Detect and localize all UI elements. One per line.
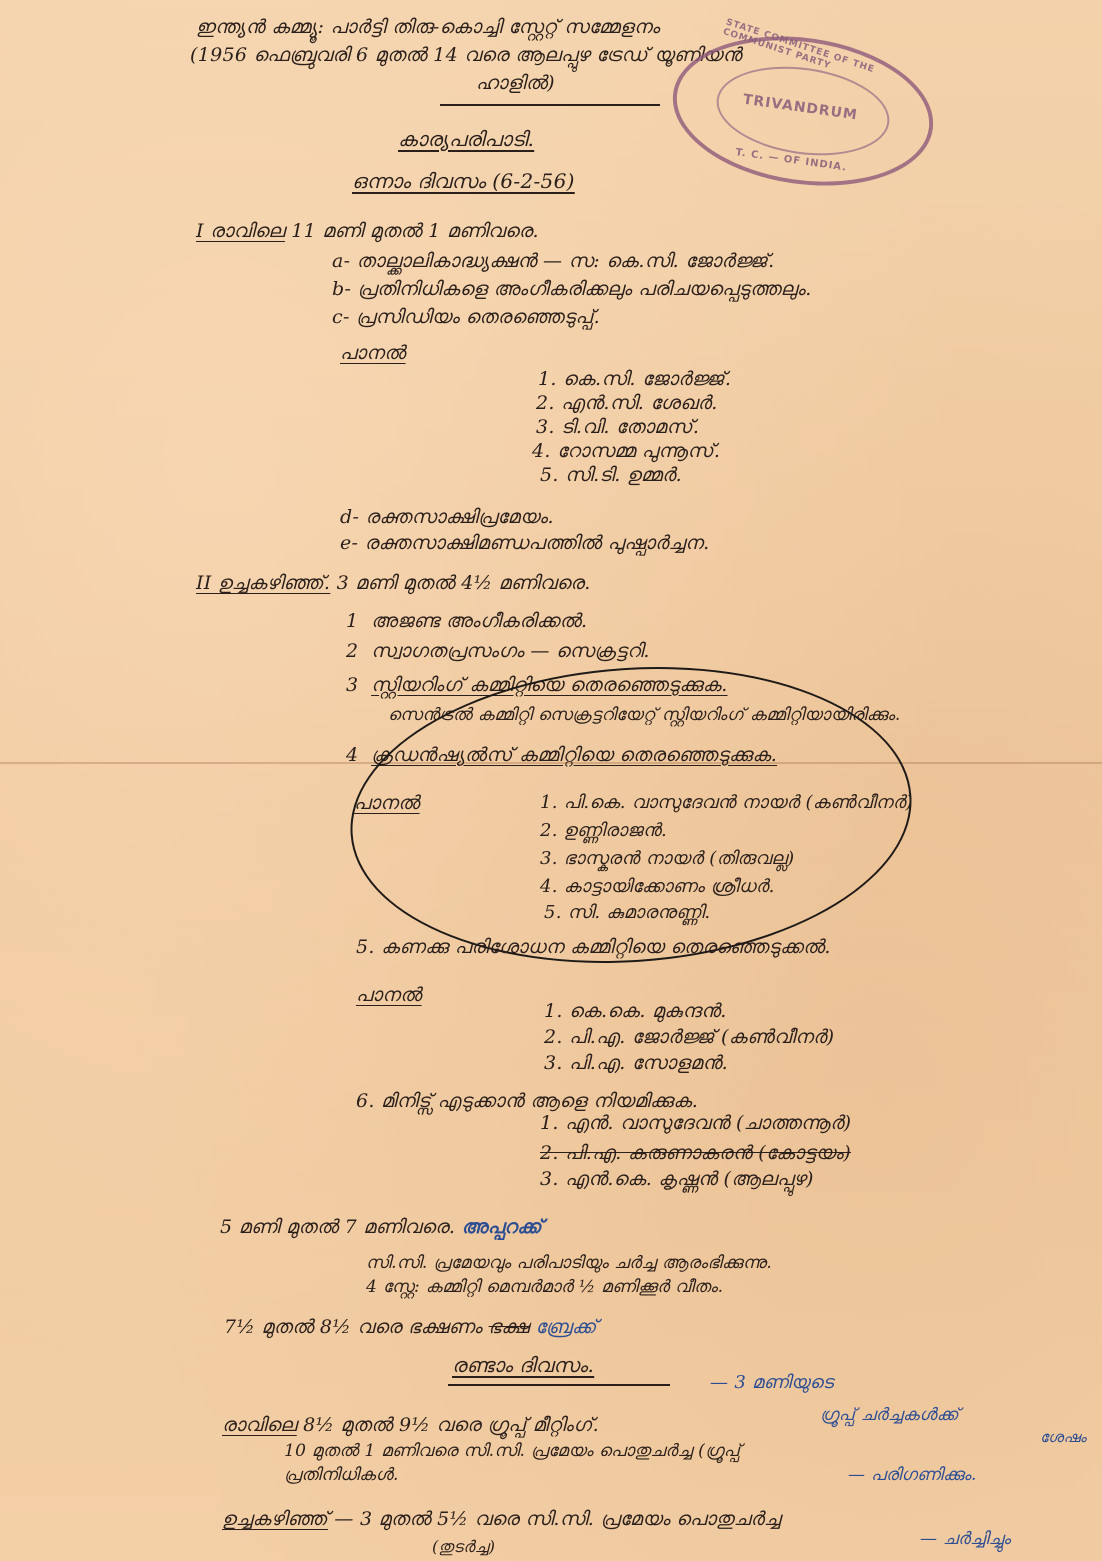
audit-panel-member: 2. പി.എ. ജോർജ്ജ് (കൺവീനർ) — [544, 1026, 834, 1048]
session2-panel-member: 5. സി. കുമാരനുണ്ണി. — [544, 902, 710, 924]
session2-item: 2 സ്വാഗതപ്രസംഗം — സെക്രട്ടറി. — [346, 640, 650, 662]
day2-morning-line: 10 മുതൽ 1 മണിവരെ സി.സി. പ്രമേയം പൊതുചർച്… — [284, 1440, 740, 1462]
dinner-struck-word: ഭക്ഷ — [489, 1316, 530, 1338]
audit-panel-member: 3. പി.എ. സോളമൻ. — [544, 1052, 728, 1074]
session2-item: 1 അജണ്ട അംഗീകരിക്കൽ. — [346, 610, 587, 632]
party-stamp: STATE COMMITTEE OF THE COMMUNIST PARTY T… — [663, 20, 943, 201]
session2-panel-member: 1. പി.കെ. വാസുദേവൻ നായർ (കൺവീനർ) — [540, 792, 913, 814]
session2-time: 3 മണി മുതൽ 4½ മണിവരെ. — [337, 572, 591, 594]
session2-item-5: 5. കണക്കു പരിശോധന കമ്മിറ്റിയെ തെരഞ്ഞെടുക… — [356, 936, 831, 958]
session1-panel-member: 4. റോസമ്മ പുന്നൂസ്. — [532, 440, 720, 462]
day2-morning-line: 8½ മുതൽ 9½ വരെ ഗ്രൂപ്പ് മീറ്റിംഗ്. — [303, 1414, 599, 1436]
session2-panel2-label: പാനൽ — [356, 984, 422, 1006]
evening-line: സി.സി. പ്രമേയവും പരിപാടിയും ചർച്ച ആരംഭിക… — [366, 1252, 772, 1274]
session1-item-b: b- പ്രതിനിധികളെ അംഗീകരിക്കലും പരിചയപ്പെട… — [332, 278, 812, 300]
session1-panel-member: 1. കെ.സി. ജോർജ്ജ്. — [538, 368, 731, 390]
minutes-taker: 3. എൻ.കെ. കൃഷ്ണൻ (ആലപ്പുഴ) — [540, 1168, 814, 1190]
blue-margin-note: ശേഷം — [1040, 1426, 1087, 1448]
session1-panel-member: 3. ടി.വി. തോമസ്. — [536, 416, 699, 438]
session2-panel-member: 3. ഭാസ്കരൻ നായർ (തിരുവല്ല) — [540, 848, 794, 870]
session2-label: II ഉച്ചകഴിഞ്ഞ്. — [196, 572, 330, 594]
day2-double-underline — [448, 1384, 670, 1386]
document-title-line-3: ഹാളിൽ) — [476, 72, 555, 94]
dinner-blue-note: ബ്രേക്ക് — [536, 1316, 597, 1338]
item-number: 1 — [346, 610, 358, 632]
day1-title: ഒന്നാം ദിവസം (6-2-56) — [352, 170, 575, 192]
session1-panel-label: പാനൽ — [340, 342, 406, 364]
item-number: 4 — [346, 744, 358, 766]
session2-panel-member: 4. കാട്ടായിക്കോണം ശ്രീധർ. — [540, 876, 775, 898]
session1-item-c: c- പ്രസിഡിയം തെരഞ്ഞെടുപ്പ്. — [332, 306, 600, 328]
session2-heading: II ഉച്ചകഴിഞ്ഞ്. 3 മണി മുതൽ 4½ മണിവരെ. — [196, 572, 591, 594]
session1-heading: I രാവിലെ 11 മണി മുതൽ 1 മണിവരെ. — [196, 220, 539, 242]
title-underline — [440, 104, 660, 106]
blue-margin-note: — 3 മണിയുടെ — [710, 1372, 834, 1394]
document-title-line-2: (1956 ഫെബ്രുവരി 6 മുതൽ 14 വരെ ആലപ്പുഴ ട്… — [190, 44, 742, 66]
audit-panel-member: 1. കെ.കെ. മുകുന്ദൻ. — [544, 1000, 727, 1022]
day2-afternoon-sub: (തുടർച്ച) — [432, 1536, 495, 1558]
day2-morning-line: പ്രതിനിധികൾ. — [284, 1464, 399, 1486]
day2-afternoon: ഉച്ചകഴിഞ്ഞ് — 3 മുതൽ 5½ വരെ സി.സി. പ്രമേ… — [222, 1508, 781, 1530]
day2-morning-label: രാവിലെ — [222, 1414, 297, 1436]
circled-credentials-panel — [340, 649, 921, 981]
session2-panel-member: 2. ഉണ്ണിരാജൻ. — [540, 820, 667, 842]
dinner-time: 7½ മുതൽ 8½ വരെ ഭക്ഷണം — [224, 1316, 482, 1338]
day2-morning: രാവിലെ 8½ മുതൽ 9½ വരെ ഗ്രൂപ്പ് മീറ്റിംഗ്… — [222, 1414, 599, 1436]
blue-margin-note: — ചർച്ചിച്ചും — [920, 1528, 1011, 1550]
session1-item-d: d- രക്തസാക്ഷിപ്രമേയം. — [340, 506, 554, 528]
day2-afternoon-label: ഉച്ചകഴിഞ്ഞ് — [222, 1508, 328, 1530]
session1-panel-member: 2. എൻ.സി. ശേഖർ. — [536, 392, 718, 414]
session1-item-a: a- താല്ക്കാലികാദ്ധ്യക്ഷൻ — സ: കെ.സി. ജോർ… — [332, 250, 774, 272]
session1-item-e: e- രക്തസാക്ഷിമണ്ഡപത്തിൽ പുഷ്പാർച്ചന. — [340, 532, 709, 554]
item-text: അജണ്ട അംഗീകരിക്കൽ. — [371, 610, 587, 632]
session2-panel-label: പാനൽ — [354, 792, 420, 814]
blue-margin-note: — പരിഗണിക്കും. — [848, 1464, 977, 1486]
evening-time: 5 മണി മുതൽ 7 മണിവരെ. — [220, 1216, 455, 1238]
evening-blue-note: അപ്പറക്ക് — [462, 1216, 542, 1238]
minutes-taker: 1. എൻ. വാസുദേവൻ (ചാത്തന്നൂർ) — [540, 1112, 851, 1134]
session1-label: I രാവിലെ — [196, 220, 285, 242]
dinner-break: 7½ മുതൽ 8½ വരെ ഭക്ഷണം ഭക്ഷ ബ്രേക്ക് — [224, 1316, 597, 1338]
session1-panel-member: 5. സി.ടി. ഉമ്മർ. — [540, 464, 682, 486]
evening-line: 4 സ്റ്റേ: കമ്മിറ്റി മെമ്പർമാർ ½ മണിക്കൂർ… — [366, 1276, 723, 1298]
blue-margin-note: ഗ്രൂപ്പ് ചർച്ചകൾക്ക് — [820, 1404, 959, 1426]
minutes-taker-struck: 2. പി.എ. കരുണാകരൻ (കോട്ടയം) — [540, 1142, 851, 1164]
program-title: കാര്യപരിപാടി. — [398, 128, 534, 150]
document-title-line-1: ഇന്ത്യൻ കമ്മ്യൂ: പാർട്ടി തിരു-കൊച്ചി സ്റ… — [196, 16, 660, 38]
item-number: 3 — [346, 674, 358, 696]
session1-time: 11 മണി മുതൽ 1 മണിവരെ. — [291, 220, 539, 242]
item-text: സ്വാഗതപ്രസംഗം — സെക്രട്ടറി. — [371, 640, 650, 662]
day2-title: രണ്ടാം ദിവസം. — [452, 1354, 594, 1376]
evening-session: 5 മണി മുതൽ 7 മണിവരെ. അപ്പറക്ക് — [220, 1216, 542, 1238]
day2-afternoon-line: — 3 മുതൽ 5½ വരെ സി.സി. പ്രമേയം പൊതുചർച്ച — [334, 1508, 780, 1530]
item-number: 2 — [346, 640, 358, 662]
session2-item-6: 6. മിനിട്സ് എടുക്കാൻ ആളെ നിയമിക്കുക. — [356, 1090, 698, 1112]
